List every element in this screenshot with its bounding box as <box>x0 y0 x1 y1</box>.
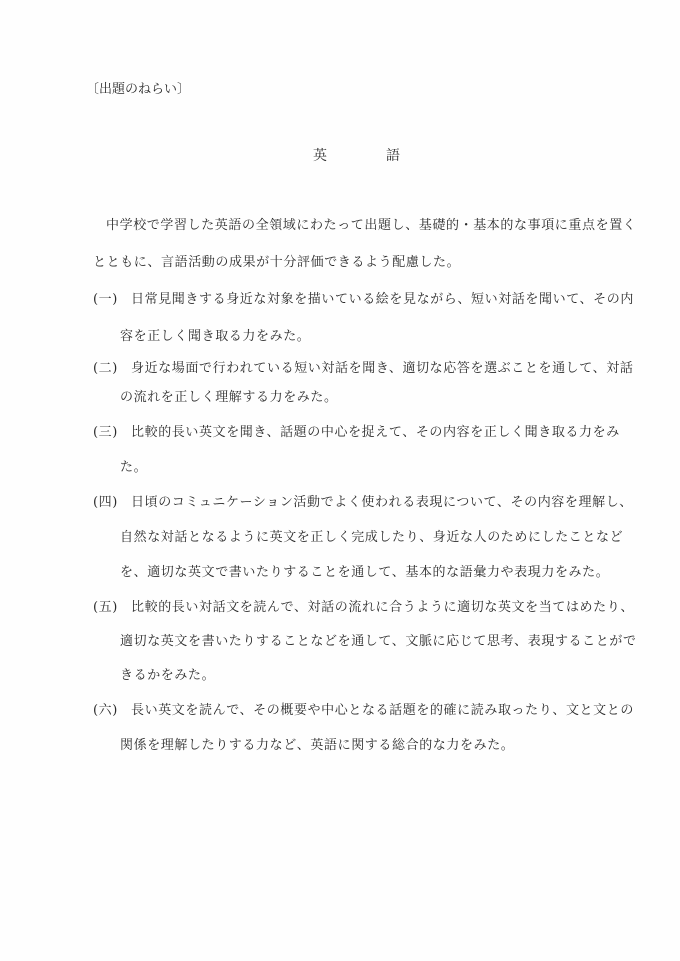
list-item-text: 比較的長い英文を聞き、話題の中心を捉えて、その内容を正しく聞き取る力をみ <box>131 425 620 440</box>
list-item-number: (五) <box>93 596 131 615</box>
list-item-5-line: 適切な英文を書いたりすることなどを通して、文脈に応じて思考、表現することがで <box>120 630 637 649</box>
list-item-number: (六) <box>93 699 131 718</box>
section-label: 〔出題のねらい〕 <box>86 78 190 97</box>
list-item-text: 長い英文を読んで、その概要や中心となる話題を的確に読み取ったり、文と文との <box>131 703 634 718</box>
list-item-4-line: を、適切な英文で書いたりすることを通して、基本的な語彙力や表現力をみた。 <box>120 561 609 580</box>
list-item-text: 身近な場面で行われている短い対話を聞き、適切な応答を選ぶことを通して、対話 <box>131 361 633 376</box>
list-item-4-line: (四)日頃のコミュニケーション活動でよく使われる表現について、その内容を理解し、 <box>93 491 633 510</box>
subject-title-char-1: 英 <box>313 145 327 165</box>
list-item-number: (三) <box>93 421 131 440</box>
intro-line: とともに、言語活動の成果が十分評価できるよう配慮した。 <box>93 251 460 270</box>
list-item-4-line: 自然な対話となるように英文を正しく完成したり、身近な人のためにしたことなど <box>120 526 623 545</box>
list-item-2-line: の流れを正しく理解する力をみた。 <box>120 386 338 405</box>
list-item-1-line: 容を正しく聞き取る力をみた。 <box>120 325 310 344</box>
list-item-5-line: きるかをみた。 <box>120 664 215 683</box>
list-item-text: 日頃のコミュニケーション活動でよく使われる表現について、その内容を理解し、 <box>131 495 633 510</box>
list-item-6-line: 関係を理解したりする力など、英語に関する総合的な力をみた。 <box>120 734 514 753</box>
subject-title-char-2: 語 <box>386 145 400 165</box>
list-item-3-line: た。 <box>120 456 147 475</box>
list-item-2-line: (二)身近な場面で行われている短い対話を聞き、適切な応答を選ぶことを通して、対話 <box>93 357 633 376</box>
list-item-6-line: (六)長い英文を読んで、その概要や中心となる話題を的確に読み取ったり、文と文との <box>93 699 634 718</box>
intro-line: 中学校で学習した英語の全領域にわたって出題し、基礎的・基本的な事項に重点を置く <box>106 214 636 233</box>
list-item-text: 日常見聞きする身近な対象を描いている絵を見ながら、短い対話を聞いて、その内 <box>131 292 634 307</box>
list-item-number: (一) <box>93 288 131 307</box>
list-item-1-line: (一)日常見聞きする身近な対象を描いている絵を見ながら、短い対話を聞いて、その内 <box>93 288 634 307</box>
list-item-5-line: (五)比較的長い対話文を読んで、対話の流れに合うように適切な英文を当てはめたり、 <box>93 596 634 615</box>
document-page: 〔出題のねらい〕 英 語 中学校で学習した英語の全領域にわたって出題し、基礎的・… <box>0 0 680 961</box>
list-item-number: (二) <box>93 357 131 376</box>
list-item-3-line: (三)比較的長い英文を聞き、話題の中心を捉えて、その内容を正しく聞き取る力をみ <box>93 421 620 440</box>
list-item-number: (四) <box>93 491 131 510</box>
list-item-text: 比較的長い対話文を読んで、対話の流れに合うように適切な英文を当てはめたり、 <box>131 600 634 615</box>
